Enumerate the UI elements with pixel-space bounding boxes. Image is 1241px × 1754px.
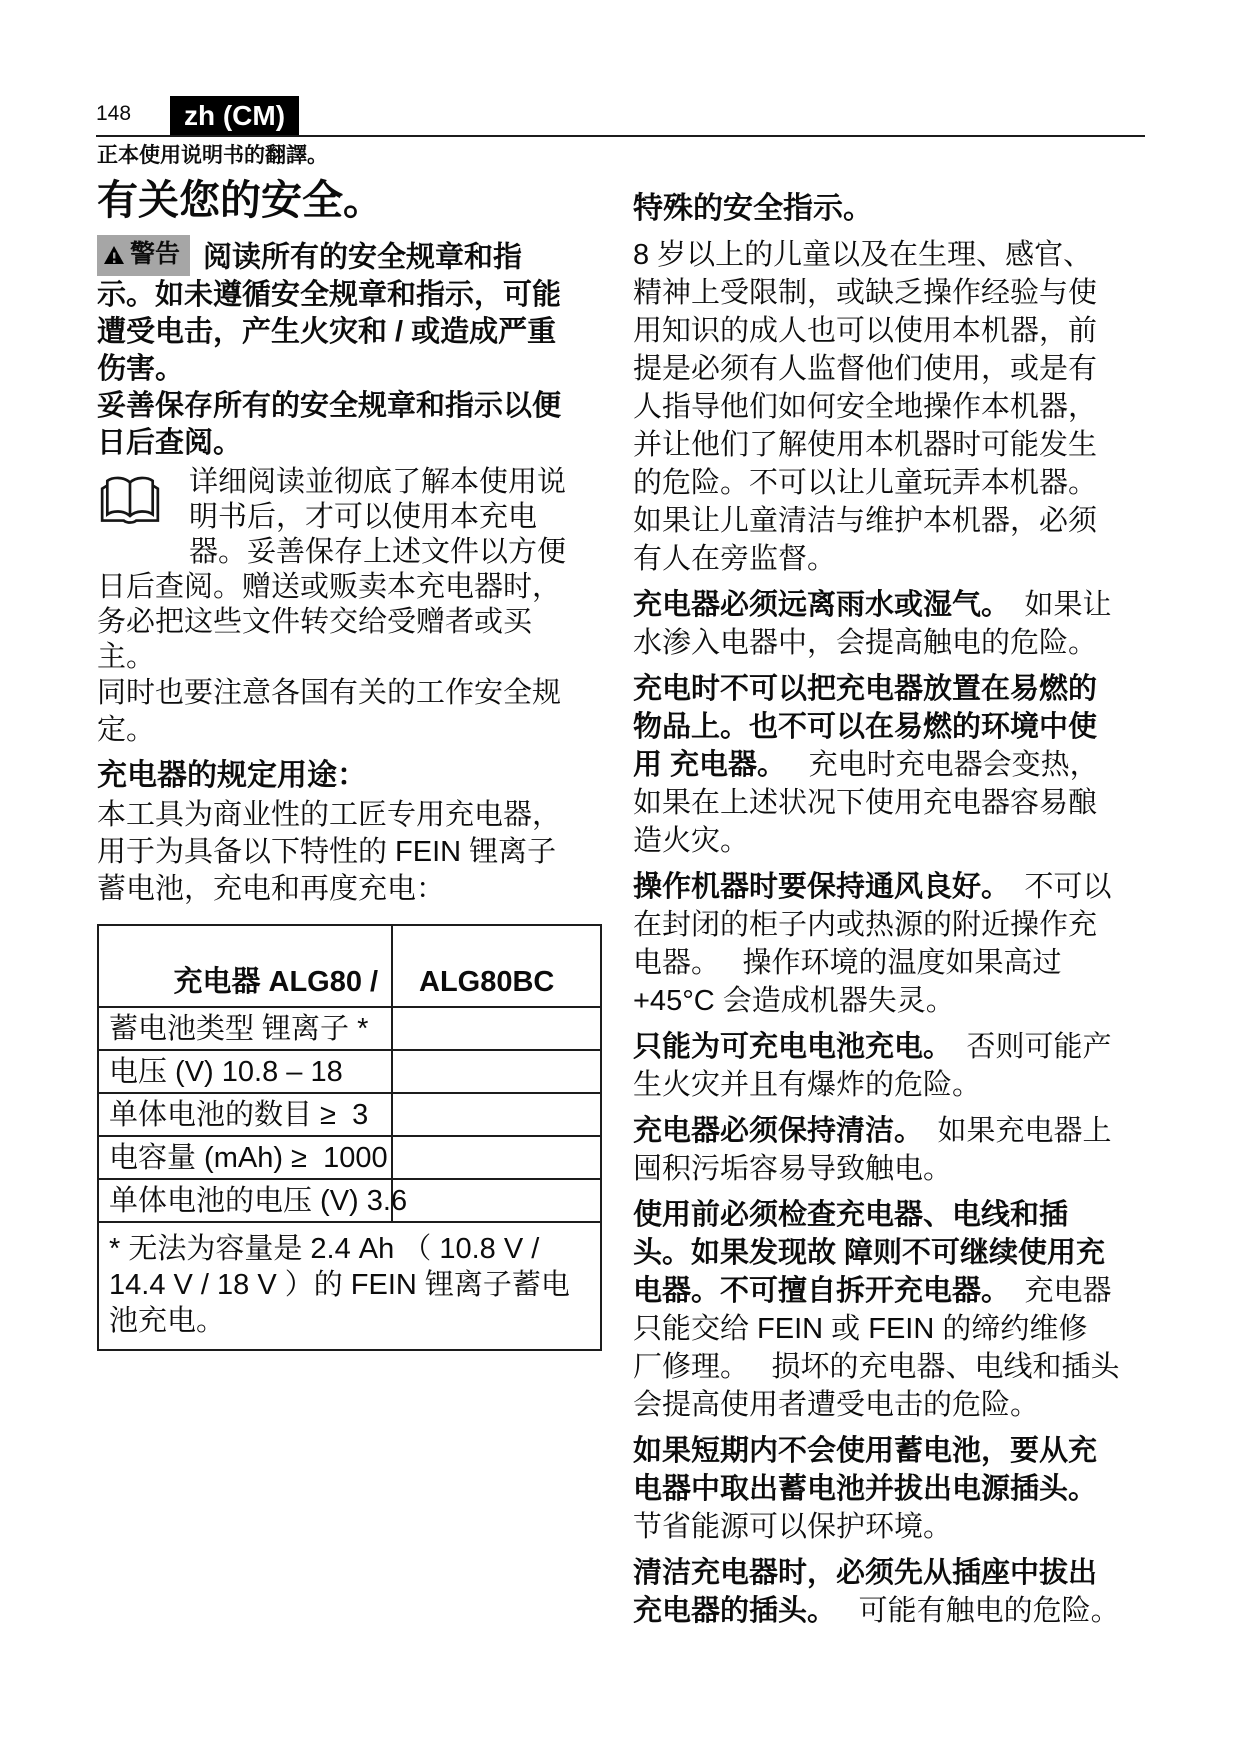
flammable-surface-paragraph: 充电时不可以把充电器放置在易燃的 物品上。也不可以在易燃的环境中使 用 充电器。… bbox=[633, 670, 1138, 860]
manual-page: 148 zh (CM) 正本使用说明书的翻譯。 有关您的安全。 警告阅读所有的安… bbox=[0, 0, 1241, 1754]
safety-title: 有关您的安全。 bbox=[97, 175, 613, 225]
warning-badge: 警告 bbox=[97, 235, 190, 276]
spec-row-voltage: 电压 (V) 10.8 – 18 bbox=[99, 1051, 600, 1094]
children-supervision-paragraph: 8 岁以上的儿童以及在生理、感官、 精神上受限制，或缺乏操作经验与使 用知识的成… bbox=[633, 236, 1138, 578]
warning-paragraph: 警告阅读所有的安全规章和指 示。如未遵循安全规章和指示，可能 遭受电击，产生火灾… bbox=[97, 235, 613, 388]
ventilation-paragraph: 操作机器时要保持通风良好。 不可以 在封闭的柜子内或热源的附近操作充 电器。 操… bbox=[633, 868, 1138, 1020]
manual-note-block: 详细阅读並彻底了解本使用说 明书后，才可以使用本充电 器。妥善保存上述文件以方便… bbox=[97, 465, 613, 675]
header-rule bbox=[96, 135, 1145, 137]
cleaning-unplug-paragraph: 清洁充电器时，必须先从插座中拔出 充电器的插头。 可能有触电的危险。 bbox=[633, 1554, 1138, 1630]
spec-footnote: * 无法为容量是 2.4 Ah （ 10.8 V / 14.4 V / 18 V… bbox=[99, 1223, 600, 1349]
spec-row-battery-type: 蓄电池类型 锂离子 * bbox=[99, 1008, 600, 1051]
translation-note: 正本使用说明书的翻譯。 bbox=[97, 143, 613, 169]
special-safety-heading: 特殊的安全指示。 bbox=[633, 190, 1138, 228]
language-badge-label: zh (CM) bbox=[184, 100, 285, 132]
rechargeable-only-paragraph: 只能为可充电电池充电。 否则可能产 生火灾并且有爆炸的危险。 bbox=[633, 1028, 1138, 1104]
warning-triangle-icon bbox=[103, 245, 125, 265]
keep-instructions: 妥善保存所有的安全规章和指示以便 日后查阅。 bbox=[97, 388, 613, 462]
left-column: 正本使用说明书的翻譯。 有关您的安全。 警告阅读所有的安全规章和指 示。如未遵循… bbox=[97, 143, 613, 1351]
rain-moisture-paragraph: 充电器必须远离雨水或湿气。 如果让 水渗入电器中，会提高触电的危险。 bbox=[633, 586, 1138, 662]
cleanliness-paragraph: 充电器必须保持清洁。 如果充电器上 囤积污垢容易导致触电。 bbox=[633, 1112, 1138, 1188]
spec-charger-model-left: 充电器 ALG80 / bbox=[173, 966, 378, 998]
storage-unplug-paragraph: 如果短期内不会使用蓄电池，要从充 电器中取出蓄电池并拔出电源插头。 节省能源可以… bbox=[633, 1432, 1138, 1546]
inspection-repair-paragraph: 使用前必须检查充电器、电线和插 头。如果发现故 障则不可继续使用充 电器。不可擅… bbox=[633, 1196, 1138, 1424]
intended-use-heading: 充电器的规定用途： bbox=[97, 761, 613, 791]
page-number: 148 bbox=[96, 102, 131, 126]
open-book-icon bbox=[97, 465, 189, 567]
spec-row-capacity: 电容量 (mAh) ≥ 1000 bbox=[99, 1137, 600, 1180]
spec-table: 充电器 ALG80 / ALG80BC 蓄电池类型 锂离子 * 电压 (V) 1… bbox=[97, 924, 602, 1351]
spec-charger-model-right: ALG80BC bbox=[419, 967, 554, 998]
spec-row-cell-voltage: 单体电池的电压 (V) 3.6 bbox=[99, 1180, 600, 1223]
warning-badge-label: 警告 bbox=[130, 236, 180, 273]
spec-row-cell-count: 单体电池的数目 ≥ 3 bbox=[99, 1094, 600, 1137]
spec-table-header-row: 充电器 ALG80 / ALG80BC bbox=[99, 926, 600, 1008]
language-badge: zh (CM) bbox=[170, 96, 299, 136]
national-regulations-note: 同时也要注意各国有关的工作安全规 定。 bbox=[97, 675, 613, 749]
right-column: 特殊的安全指示。 8 岁以上的儿童以及在生理、感官、 精神上受限制，或缺乏操作经… bbox=[633, 190, 1138, 1638]
intended-use-text: 本工具为商业性的工匠专用充电器， 用于为具备以下特性的 FEIN 锂离子 蓄电池… bbox=[97, 797, 613, 908]
